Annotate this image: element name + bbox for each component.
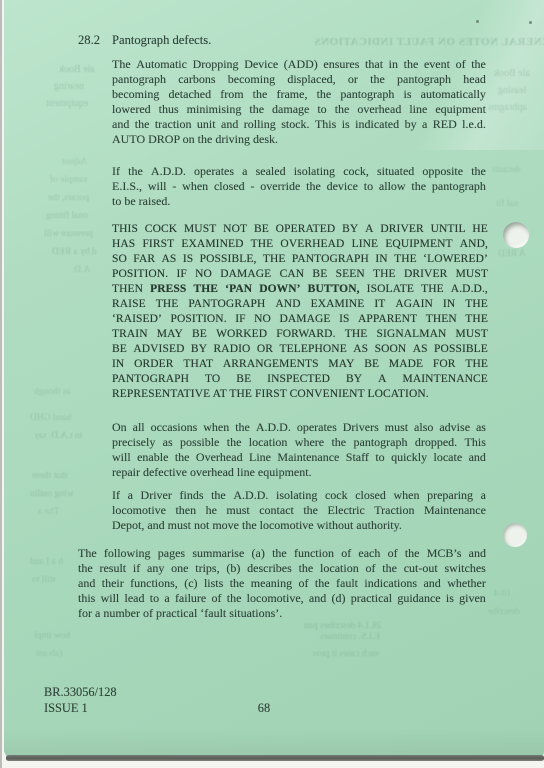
page-bottom-edge xyxy=(6,755,544,761)
text-line: loweredthusminimisingthedamagetotheoverh… xyxy=(112,102,486,117)
scanned-document: 28. GENERAL NOTES ON FAULT INDICATIONSal… xyxy=(0,0,544,768)
section-title: Pantograph defects. xyxy=(112,33,211,48)
section-number: 28.2 xyxy=(78,33,112,48)
bleedthrough-fragment: leasing xyxy=(498,85,526,97)
text-line: AUTO DROP on the driving desk. xyxy=(112,132,486,147)
bleedthrough-fragment: (alvani xyxy=(36,648,62,660)
paragraph-2: IftheA.D.D.operatesasealedisolatingcock,… xyxy=(112,164,486,209)
bleedthrough-fragment: pocars, the xyxy=(48,192,89,204)
document-reference: BR.33056/128 xyxy=(44,685,117,700)
text-line: TRAINMAYBEWORKEDFORWARD.THESIGNALMANMUST xyxy=(112,327,488,342)
bleedthrough-fragment: ale Book xyxy=(59,64,95,76)
text-line: ‘RAISED’POSITION.IFNODAMAGEISAPPARENTTHE… xyxy=(112,312,488,327)
bleedthrough-fragment: hand GHD xyxy=(30,412,71,424)
bleedthrough-fragment: still to xyxy=(32,574,56,586)
bleedthrough-fragment: aphragms xyxy=(488,102,527,114)
bleedthrough-fragment: d by a RED xyxy=(52,246,97,258)
text-line: theresultifanyonetrips,(b)describesthelo… xyxy=(78,561,486,576)
punch-hole-top xyxy=(503,222,529,248)
text-line: BEADVISEDBYRADIOORTELEPHONEASSOONASPOSSI… xyxy=(112,342,488,357)
bleedthrough-fragment: 28. GENERAL NOTES ON FAULT INDICATIONS xyxy=(314,36,544,48)
bleedthrough-fragment: Adjust xyxy=(62,156,87,168)
bleedthrough-fragment: The a xyxy=(38,506,59,518)
text-line: thiswillleadtoafailureofthelocomotive,an… xyxy=(78,591,486,606)
bleedthrough-fragment: decants xyxy=(492,164,521,176)
paragraph-4: OnalloccasionswhentheA.D.D.operatesDrive… xyxy=(112,420,486,480)
bleedthrough-fragment: nal fit xyxy=(496,198,518,210)
text-line: for a number of practical ‘fault situati… xyxy=(78,606,486,621)
ink-speck xyxy=(529,21,532,24)
bleedthrough-fragment: onal fitting xyxy=(46,210,88,222)
text-line: repair defective overhead line equipment… xyxy=(112,465,486,480)
page-number: 68 xyxy=(244,701,284,716)
text-line: locomotivethenhemustcontacttheElectricTr… xyxy=(112,503,486,518)
text-line: RAISETHEPANTOGRAPHANDEXAMINEITAGAININTHE xyxy=(112,297,488,312)
text-line: POSITION.IFNODAMAGECANBESEENTHEDRIVERMUS… xyxy=(112,267,488,282)
bleedthrough-fragment: sample of xyxy=(50,174,87,186)
text-line: REPRESENTATIVE AT THE FIRST CONVENIENT L… xyxy=(112,387,488,402)
bleedthrough-fragment: 10-4 xyxy=(494,588,511,600)
punch-hole-bottom xyxy=(503,523,527,547)
paragraph-5: IfaDriverfindstheA.D.D.isolatingcockclos… xyxy=(112,488,486,533)
bleedthrough-fragment: A.D. xyxy=(72,264,90,276)
text-line: THENPRESSTHE‘PANDOWN’BUTTON,ISOLATETHEA.… xyxy=(112,282,488,297)
text-line: preciselyaspossiblethelocationwherethepa… xyxy=(112,435,486,450)
bleedthrough-fragment: such cases it prov xyxy=(312,648,379,660)
text-line: willenabletheOverheadLineMaintenanceStaf… xyxy=(112,450,486,465)
bleedthrough-fragment: A RED xyxy=(498,248,526,260)
text-line: E.I.S.,will-whenclosed-overridethedevice… xyxy=(112,179,486,194)
section-heading: 28.2 Pantograph defects. xyxy=(78,33,211,48)
text-line: TheAutomaticDroppingDevice(ADD)ensuresth… xyxy=(112,57,486,72)
document-page: 28. GENERAL NOTES ON FAULT INDICATIONSal… xyxy=(4,0,544,757)
text-line: HASFIRSTEXAMINEDTHEOVERHEADLINEEQUIPMENT… xyxy=(112,237,488,252)
bleedthrough-fragment: h a I and xyxy=(30,556,63,568)
text-line: IfaDriverfindstheA.D.D.isolatingcockclos… xyxy=(112,488,486,503)
text-line: Depot, and must not move the locomotive … xyxy=(112,518,486,533)
text-line: andthetractionunitandrollingstock.Thisis… xyxy=(112,117,486,132)
text-line: becomingdetachedfromtheframe,thepantogra… xyxy=(112,87,486,102)
text-line: Thefollowingpagessummarise(a)thefunction… xyxy=(78,546,486,561)
paragraph-3: THISCOCKMUSTNOTBEOPERATEDBYADRIVERUNTILH… xyxy=(112,222,488,402)
paragraph-6: Thefollowingpagessummarise(a)thefunction… xyxy=(78,546,486,621)
bleedthrough-fragment: in t.A.D. say xyxy=(34,430,82,442)
bleedthrough-fragment: how impl xyxy=(34,630,70,642)
text-line: andtheirfunctions,(c)liststhemeaningofth… xyxy=(78,576,486,591)
text-line: pantographcarbonsbecomingdisplaced,orthe… xyxy=(112,72,486,87)
text-line: INORDERTHATARRANGEMENTSMAYBEMADEFORTHE xyxy=(112,357,488,372)
text-line: THISCOCKMUSTNOTBEOPERATEDBYADRIVERUNTILH… xyxy=(112,222,488,237)
ink-speck xyxy=(476,20,479,23)
bleedthrough-fragment: nearing xyxy=(54,81,84,93)
bleedthrough-fragment: ale Book xyxy=(494,68,530,80)
bleedthrough-fragment: as though xyxy=(34,386,71,398)
bleedthrough-fragment: wing outlin xyxy=(30,488,74,500)
text-line: IftheA.D.D.operatesasealedisolatingcock,… xyxy=(112,164,486,179)
bleedthrough-fragment: that them xyxy=(32,470,68,482)
bleedthrough-fragment: E.I.S. continues xyxy=(320,631,380,643)
text-line: OnalloccasionswhentheA.D.D.operatesDrive… xyxy=(112,420,486,435)
text-line: to be raised. xyxy=(112,194,486,209)
paragraph-1: TheAutomaticDroppingDevice(ADD)ensuresth… xyxy=(112,57,486,147)
text-line: SOFARASISPOSSIBLE,THEPANTOGRAPHINTHE‘LOW… xyxy=(112,252,488,267)
issue-number: ISSUE 1 xyxy=(44,701,88,716)
text-line: PANTOGRAPHTOBEINSPECTEDBYAMAINTENANCE xyxy=(112,372,488,387)
bleedthrough-fragment: pressure will xyxy=(44,228,93,240)
scanner-edge-line xyxy=(0,0,2,768)
bleedthrough-fragment: describe xyxy=(488,606,520,618)
bleedthrough-fragment: equipment xyxy=(46,98,88,110)
